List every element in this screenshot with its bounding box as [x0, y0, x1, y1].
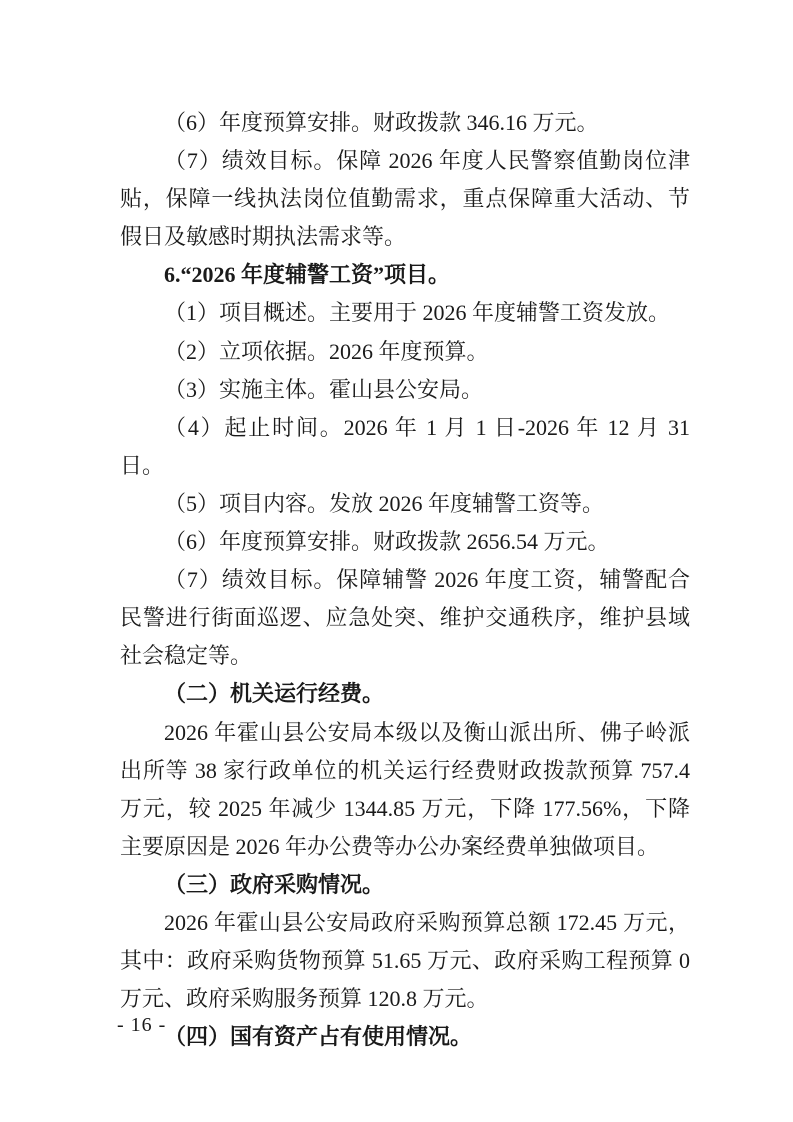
- heading-project-6-aux-police-wages: 6.“2026 年度辅警工资”项目。: [120, 256, 690, 294]
- para-project-basis: （2）立项依据。2026 年度预算。: [120, 333, 690, 371]
- para-item6-annual-budget: （6）年度预算安排。财政拨款 346.16 万元。: [120, 104, 690, 142]
- heading-section4-state-assets: （四）国有资产占有使用情况。: [120, 1018, 690, 1056]
- para-annual-budget-arrangement: （6）年度预算安排。财政拨款 2656.54 万元。: [120, 523, 690, 561]
- para-implementing-body: （3）实施主体。霍山县公安局。: [120, 371, 690, 409]
- document-body: （6）年度预算安排。财政拨款 346.16 万元。 （7）绩效目标。保障 202…: [120, 104, 690, 1056]
- para-start-end-time: （4）起止时间。2026 年 1 月 1 日-2026 年 12 月 31 日。: [120, 409, 690, 485]
- document-page: （6）年度预算安排。财政拨款 346.16 万元。 （7）绩效目标。保障 202…: [0, 0, 793, 1122]
- page-number: - 16 -: [117, 1012, 166, 1038]
- heading-section3-government-procurement: （三）政府采购情况。: [120, 866, 690, 904]
- para-project-overview: （1）项目概述。主要用于 2026 年度辅警工资发放。: [120, 294, 690, 332]
- para-project-content: （5）项目内容。发放 2026 年度辅警工资等。: [120, 485, 690, 523]
- para-operating-funds-detail: 2026 年霍山县公安局本级以及衡山派出所、佛子岭派出所等 38 家行政单位的机…: [120, 714, 690, 866]
- heading-section2-agency-operating-funds: （二）机关运行经费。: [120, 675, 690, 713]
- para-item7-performance-goal: （7）绩效目标。保障 2026 年度人民警察值勤岗位津贴，保障一线执法岗位值勤需…: [120, 142, 690, 256]
- para-procurement-detail: 2026 年霍山县公安局政府采购预算总额 172.45 万元，其中：政府采购货物…: [120, 904, 690, 1018]
- para-performance-goal: （7）绩效目标。保障辅警 2026 年度工资，辅警配合民警进行街面巡逻、应急处突…: [120, 561, 690, 675]
